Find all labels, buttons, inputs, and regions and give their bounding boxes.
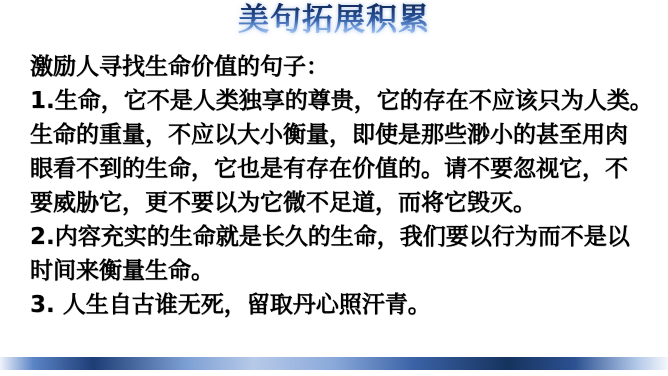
section-heading: 激励人寻找生命价值的句子：: [30, 50, 658, 84]
slide-body: 激励人寻找生命价值的句子： 1.生命，它不是人类独享的尊贵，它的存在不应该只为人…: [30, 50, 658, 322]
text-line: 眼看不到的生命，它也是有存在价值的。请不要忽视它，不: [30, 152, 658, 186]
slide-title: 美句拓展积累: [0, 3, 668, 37]
text-line: 1.生命，它不是人类独享的尊贵，它的存在不应该只为人类。: [30, 84, 658, 118]
text-line: 生命的重量，不应以大小衡量，即使是那些渺小的甚至用肉: [30, 118, 658, 152]
text-line: 3. 人生自古谁无死，留取丹心照汗青。: [30, 288, 658, 322]
text-line: 要威胁它，更不要以为它微不足道，而将它毁灭。: [30, 186, 658, 220]
footer-decorative-bar: [0, 357, 668, 370]
text-line: 2.内容充实的生命就是长久的生命，我们要以行为而不是以: [30, 220, 658, 254]
presentation-slide: 美句拓展积累 激励人寻找生命价值的句子： 1.生命，它不是人类独享的尊贵，它的存…: [0, 0, 668, 376]
text-line: 时间来衡量生命。: [30, 254, 658, 288]
